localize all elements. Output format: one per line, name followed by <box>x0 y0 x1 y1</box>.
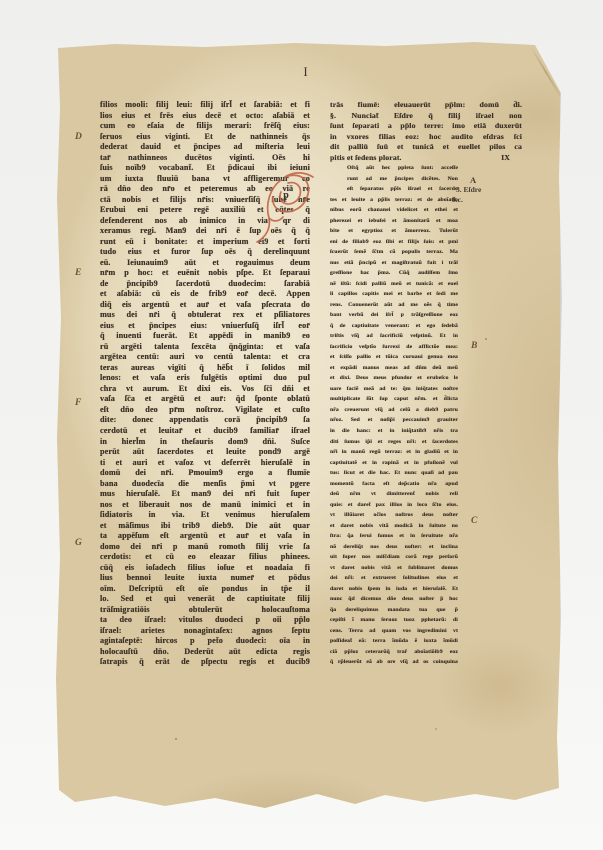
text-line: uare faciē meā ad te: q̄m iniq̄tates noſ… <box>330 384 458 395</box>
text-line: ſatrapis q̄ erāt de pſpectu regis et duc… <box>100 657 310 668</box>
text-line: vaſa ſc̄a et argētū et aur̄: q̄d ſponte … <box>100 394 310 405</box>
text-line: nr̄m p hoc: et euēnit nobis pſpe. Et ſep… <box>100 268 310 279</box>
text-line: cūq̄ eis ioſadech filius ioſue et noadai… <box>100 563 310 574</box>
text-line: nō dereliq̄t nos deus noſter: et inclina <box>330 542 458 553</box>
text-line: ſtra: q̄a ſerui ſumus et in ſeruitute nr… <box>330 531 458 542</box>
text-line: greſſione hac p̄ma. Cūq̄ audiſſem ſmo <box>330 268 458 279</box>
text-line: lenos: et vaſa eris fulgētis optimi duo … <box>100 373 310 384</box>
text-line: mus dei nr̄i q̄ obtulerat rex et pſiliat… <box>100 310 310 321</box>
text-line: ſidiatoris in via. Et venimus hieruſalem <box>100 510 310 521</box>
margin-section-letter-b: B <box>471 341 477 351</box>
text-line: holocauſtū dn̄o. Dederūt aūt edicta regi… <box>100 647 310 658</box>
text-line: nibus eorū chananei videlicet et ethei e… <box>330 205 458 216</box>
text-line: q̄ inuenti fuerāt. Et appēdi in manib9 e… <box>100 331 310 342</box>
text-line: lios eius et frēs eius decē et octo: aſa… <box>100 111 310 122</box>
text-line: daret nobis ſpem in iuda et hieruſalē. E… <box>330 584 458 595</box>
text-line: et māſimus ibi trib9 dieb9. Die aūt quar <box>100 521 310 532</box>
manuscript-page: I filios mooli: filij leui: filij iſrl̄ … <box>55 38 560 810</box>
text-line: perūt aūt ſacerdotes et leuite pond9 arg… <box>100 447 310 458</box>
text-line: dederat dauid et p̄ncipes ad miſteria le… <box>100 142 310 153</box>
text-line: §. Nunciat̄ Eſdre q̄ filij iſrael non <box>330 111 522 122</box>
text-line: in vxores filias eoz: hoc audito eſdras … <box>330 132 522 143</box>
text-line: ſeruos eius viginti. Et de nathinneis q̄… <box>100 132 310 143</box>
text-line: nē iſtū: ſcidi palliū meū et tunicā: et … <box>330 279 458 290</box>
rubricated-initial-p-icon: p <box>255 170 317 250</box>
reference-chapter: 8.c. <box>452 195 522 204</box>
text-line: nus etiā p̄ncipū et magiſtratuū fuit i t… <box>330 258 458 269</box>
text-line: ſunt ſeparati a pp̄lo terre: imo etiā du… <box>330 121 522 132</box>
text-line: agintaſeptē: hircos p pet̄o duodeci: oīa… <box>100 636 310 647</box>
text-line: vt illūiaret oc̄los noſtros deus noſter <box>330 510 458 521</box>
margin-section-letter-c: C <box>471 516 477 526</box>
margin-section-letter-g: G <box>75 538 82 548</box>
text-line: cum eo eſaia de filijs merari: frēſq̄ ei… <box>100 121 310 132</box>
text-line: lius bennoi leuite iuxta numer̄ et pōdus <box>100 573 310 584</box>
text-line: eſt ſeparatus pp̄ls iſrael et ſacerdo <box>330 184 458 195</box>
text-line: ta deo iſrael: vitulos duodeci p oīi pp̄… <box>100 615 310 626</box>
text-line: dei nr̄i: et extrueret ſolitudines eius … <box>330 573 458 584</box>
text-line: q̄ de captiuitate venerant: et ego ſedeb… <box>330 321 458 332</box>
text-line: pherezei et iebuſei et āmonitarū et moa <box>330 216 458 227</box>
text-line: deū nr̄m vt dimitterent̄ nobis reli <box>330 489 458 500</box>
text-line: nr̄a creuerunt vſq̄ ad celū a dieb9 patr… <box>330 405 458 416</box>
text-line: et daret nobis vitā modicā in ſuitute no <box>330 521 458 532</box>
text-line: eni de filiab9 eoz ſibi et filijs ſuis: … <box>330 237 458 248</box>
text-line: filios mooli: filij leui: filij iſrl̄ et… <box>100 100 310 111</box>
text-line: tes et leuite a pp̄lis terraz: et de abo… <box>330 195 458 206</box>
chapter-number: IX <box>501 153 510 164</box>
text-line: pitis et ſedens plorat.IX <box>330 153 522 164</box>
text-line: momentū facta eſt dep̄catio nr̄a apud <box>330 479 458 490</box>
text-line: nr̄i in manū regū terraz: et in gladiū e… <box>330 447 458 458</box>
text-line: eius et p̄ncipes eius: vniuerſuſq̄ iſrl̄… <box>100 321 310 332</box>
text-line: rens. Conuenerūt aūt ad me oēs q̄ time <box>330 300 458 311</box>
guide-letter-p: p <box>283 190 289 201</box>
text-line: vt daret nobis vitā et ſublimaret domus <box>330 563 458 574</box>
text-line: oīm. Deſcriptū eſt oīe pondus in tp̄e il <box>100 584 310 595</box>
folio-number: I <box>291 64 321 80</box>
text-line: ta appēſum eſt argentū et aur̄ et vaſa i… <box>100 531 310 542</box>
text-line: ſacrificio veſptīo ſurrexi de afflictōe … <box>330 342 458 353</box>
text-line: multiplicate ſūt ſup caput nr̄m. et d̄li… <box>330 394 458 405</box>
text-line: mus hieruſalē. Et man9 dei nr̄i fuit ſup… <box>100 489 310 500</box>
text-line: et ſciſſo pallio et tūica curuaui genua … <box>330 352 458 363</box>
text-line: li capillos capitis mei et barbe et ſedi… <box>330 289 458 300</box>
text-line: ti et auri et vaſoz vt deferrēt hieruſal… <box>100 458 310 469</box>
text-line: trās fiumē: eleuauerūt pp̄lm: domū d̄i. <box>330 100 522 111</box>
text-line: nos et liberauit nos de manū inimici et … <box>100 500 310 511</box>
text-line: de p̄ncipib9 ſacerdotū duodecim: ſarabiā <box>100 279 310 290</box>
text-line: bana duodecīa die menſis p̄mi vt pgere <box>100 479 310 490</box>
margin-section-letter-d: D <box>75 132 82 142</box>
text-line: nr̄oz. Sed et noſip̄i peccauim9 grauiter <box>330 415 458 426</box>
text-line: cepiſti ī manu ſeruoz tuoz pphetarū: di <box>330 615 458 626</box>
text-line: iſrael: arietes nonagintaſex: agnos ſept… <box>100 626 310 637</box>
text-line: diq̄ eis argentū et aur̄ et vaſa pſecrat… <box>100 300 310 311</box>
text-line: cerdotū et leuitar̄ et ducib9 familiar̄ … <box>100 426 310 437</box>
text-line: bite et egyptioz et āmorreoz. Tulerūt <box>330 226 458 237</box>
text-line: domo dei nr̄i p manū romoth filij vrie ſ… <box>100 542 310 553</box>
paper-speck <box>485 338 487 340</box>
margin-section-letter-f: F <box>75 398 81 408</box>
text-line: et dixi. Deus meus pfundor et erubeſco l… <box>330 373 458 384</box>
text-line: q̄a dereliquimus mandata tua que p̄ <box>330 605 458 616</box>
text-line: in die hanc: et in iniq̄tatib9 nr̄is tra <box>330 426 458 437</box>
text-line: bant verbū dei iſrl̄ p trāſgreſſione eoz <box>330 310 458 321</box>
paper-speck <box>125 288 127 290</box>
text-line: et expādi manus meas ad dn̄m deū meū <box>330 363 458 374</box>
text-line: Oſtq̄ aūt hec ppleta ſunt: acceſſe <box>330 163 458 174</box>
text-line: tar̄ nathinneos ducētos viginti. Oēs hi <box>100 153 310 164</box>
text-line: eſt dn̄o deo pr̄m noſtroz. Vigilate et c… <box>100 405 310 416</box>
text-line: dit palliū ſuū et tunicā et euellet pilo… <box>330 142 522 153</box>
text-line: ciā pp̄loz ceterarūq̄ trar̄ aboīatiōib9 … <box>330 647 458 658</box>
text-line: cens. Terra ad quam vos ingredimini vt <box>330 626 458 637</box>
text-line: chra vt aurum. Et dixi eis. Vos ſc̄i dn̄… <box>100 384 310 395</box>
text-line: diti ſumus ip̄i et reges nr̄i: et ſacerd… <box>330 437 458 448</box>
text-line: runt ad me p̄ncipes dicētes. Non <box>330 174 458 185</box>
text-line: nunc q̄d dicemus dn̄e deus noſter p̄ hoc <box>330 594 458 605</box>
paper-speck <box>175 738 177 740</box>
text-line: domū dei nr̄i. Pmouim9 ergo a flumīe <box>100 468 310 479</box>
text-line: argētea centū: auri vo centū talenta: et… <box>100 352 310 363</box>
text-line: quie: et daret̄ pax illius in loco ſc̄to… <box>330 500 458 511</box>
text-line: eū. Ieiunauim9 aūt et rogauimus deum <box>100 258 310 269</box>
text-line: rū argēti talenta ſexcēta q̄nq̄ginta: et… <box>100 342 310 353</box>
text-line: triſtis vſq̄ ad ſacrificiū veſptinū. Et … <box>330 331 458 342</box>
section-letter-a: A <box>452 176 522 185</box>
text-line: lo. Sed et qui venerāt de captiuitate fi… <box>100 594 310 605</box>
paper-speck <box>435 728 437 730</box>
text-line: tus: ſicut et die hac. Et nunc quaſi ad … <box>330 468 458 479</box>
text-line: in hierl̄m in theſauris dom9 dn̄i. Suſce <box>100 437 310 448</box>
text-line: uit ſuper nos miſc̄diam corā rege perſar… <box>330 552 458 563</box>
text-line: poſſideat̄ eā: terra īmūda ē iuxta īmūdi <box>330 636 458 647</box>
photo-backdrop: I filios mooli: filij leui: filij iſrl̄ … <box>0 0 603 850</box>
text-line: pitis et ſedens plorat. <box>330 153 402 164</box>
text-line: q̄ rp̄leuerūt eā ab ore vſq̄ ad os coinq… <box>330 657 458 668</box>
text-line: et aſabiā: cū eis de frib9 eor̄ decē. Ap… <box>100 289 310 300</box>
text-line: trāſmigratiōis obtulerūt holocauſtoma <box>100 605 310 616</box>
text-line: ſcuerūt ſemē ſc̄tm cū populis terraz. Ma <box>330 247 458 258</box>
corner-fold-crease <box>530 47 561 96</box>
text-line: dite: donec appendatis corā p̄ncipib9 ſa <box>100 415 310 426</box>
margin-section-letter-e: E <box>75 268 81 278</box>
text-line: captiuitatē et in rapinā et in pfuſionē … <box>330 458 458 469</box>
reference-work: 3. Eſdre <box>452 185 522 195</box>
marginal-reference: A 3. Eſdre 8.c. <box>452 176 522 204</box>
text-line: cerdotis: et cū eo eleazar filius phinee… <box>100 552 310 563</box>
text-line: teras aureas vigīti q̄ hēb̄t ī ſolidos m… <box>100 363 310 374</box>
